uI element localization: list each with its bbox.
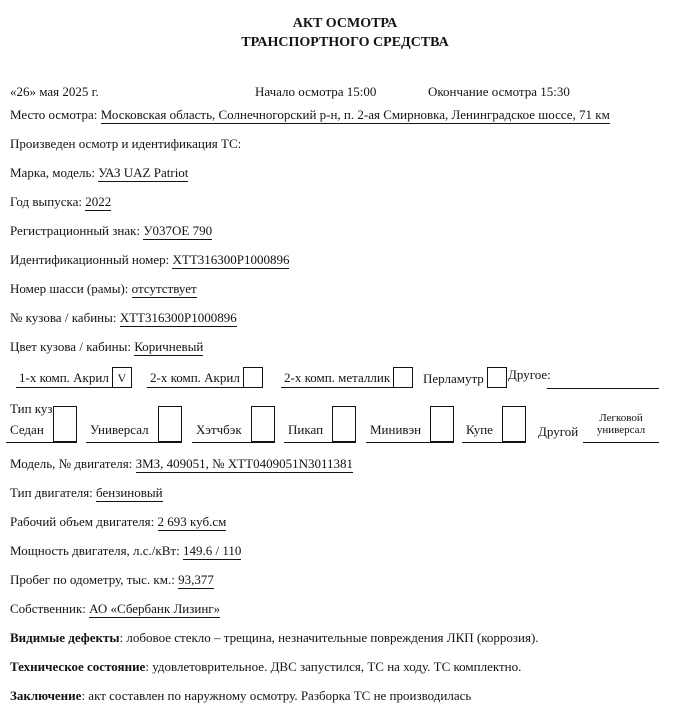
body-type-minivan: Минивэн xyxy=(366,406,454,443)
body-type-label: Седан xyxy=(6,422,53,442)
field-value: У037ОЕ 790 xyxy=(143,223,212,240)
field-owner: Собственник: АО «Сбербанк Лизинг» xyxy=(10,601,220,617)
field-make-model: Марка, модель: УАЗ UAZ Patriot xyxy=(10,165,188,181)
field-label: Номер шасси (рамы): xyxy=(10,281,128,296)
checkmark: V xyxy=(117,372,126,384)
field-value: Коричневый xyxy=(134,339,203,356)
checkbox-minivan[interactable] xyxy=(430,406,454,442)
checkbox-wagon[interactable] xyxy=(158,406,182,442)
field-chassis-number: Номер шасси (рамы): отсутствует xyxy=(10,281,197,297)
field-body-number: № кузова / кабины: XTT316300P1000896 xyxy=(10,310,237,326)
field-label: Рабочий объем двигателя: xyxy=(10,514,154,529)
note-label: Заключение xyxy=(10,688,81,703)
field-value: отсутствует xyxy=(132,281,197,298)
field-value: 2 693 куб.см xyxy=(158,514,227,531)
inspection-start-time: Начало осмотра 15:00 xyxy=(255,84,376,100)
field-label: Цвет кузова / кабины: xyxy=(10,339,131,354)
checkbox-pearl[interactable] xyxy=(487,367,507,388)
checkbox-2k-acrylic[interactable] xyxy=(243,367,263,388)
field-label: Тип двигателя: xyxy=(10,485,93,500)
field-reg-plate: Регистрационный знак: У037ОЕ 790 xyxy=(10,223,212,239)
body-type-pickup: Пикап xyxy=(284,406,356,443)
field-label: Марка, модель: xyxy=(10,165,95,180)
field-engine-power: Мощность двигателя, л.с./кВт: 149.6 / 11… xyxy=(10,543,241,559)
body-type-hatchback: Хэтчбэк xyxy=(192,406,275,443)
paint-option-label: 2-х комп. металлик xyxy=(281,370,393,388)
paint-option-label: Перламутр xyxy=(420,371,487,388)
field-value: Московская область, Солнечногорский р-н,… xyxy=(101,107,610,124)
checkbox-pickup[interactable] xyxy=(332,406,356,442)
body-type-other-value: Легковой универсал xyxy=(583,412,659,443)
field-label: Пробег по одометру, тыс. км.: xyxy=(10,572,175,587)
field-value: бензиновый xyxy=(96,485,163,502)
field-label: Собственник: xyxy=(10,601,86,616)
field-label: № кузова / кабины: xyxy=(10,310,116,325)
body-type-other-label: Другой xyxy=(538,424,578,440)
note-label: Техническое состояние xyxy=(10,659,145,674)
field-label: Модель, № двигателя: xyxy=(10,456,132,471)
field-engine-model-number: Модель, № двигателя: ЗМЗ, 409051, № XTT0… xyxy=(10,456,353,472)
field-label: Произведен осмотр и идентификация ТС: xyxy=(10,136,241,151)
document-title-line2: ТРАНСПОРТНОГО СРЕДСТВА xyxy=(0,33,690,52)
field-value: XTT316300P1000896 xyxy=(120,310,237,327)
body-type-label: Купе xyxy=(462,422,502,442)
body-type-label: Хэтчбэк xyxy=(192,422,251,442)
field-year: Год выпуска: 2022 xyxy=(10,194,111,210)
note-visible-defects: Видимые дефекты: лобовое стекло – трещин… xyxy=(10,630,539,646)
inspection-end-time: Окончание осмотра 15:30 xyxy=(428,84,570,100)
note-text: : лобовое стекло – трещина, незначительн… xyxy=(120,630,539,645)
field-engine-displacement: Рабочий объем двигателя: 2 693 куб.см xyxy=(10,514,226,530)
checkbox-1k-acrylic[interactable]: V xyxy=(112,367,132,388)
body-type-label: Пикап xyxy=(284,422,332,442)
document-title: АКТ ОСМОТРА ТРАНСПОРТНОГО СРЕДСТВА xyxy=(0,14,690,52)
paint-other-blank-field[interactable] xyxy=(547,367,659,389)
note-conclusion: Заключение: акт составлен по наружному о… xyxy=(10,688,471,704)
body-type-label: Универсал xyxy=(86,422,158,442)
field-label: Год выпуска: xyxy=(10,194,82,209)
checkbox-2k-metallic[interactable] xyxy=(393,367,413,388)
field-label: Мощность двигателя, л.с./кВт: xyxy=(10,543,180,558)
note-text: : удовлетоврительное. ДВС запустился, ТС… xyxy=(145,659,521,674)
field-vin: Идентификационный номер: XTT316300P10008… xyxy=(10,252,289,268)
field-value: 149.6 / 110 xyxy=(183,543,241,560)
body-type-sedan: Седан xyxy=(6,406,77,443)
field-label: Регистрационный знак: xyxy=(10,223,140,238)
field-body-color: Цвет кузова / кабины: Коричневый xyxy=(10,339,203,355)
field-value: ЗМЗ, 409051, № XTT0409051N3011381 xyxy=(136,456,353,473)
paint-option-pearl: Перламутр xyxy=(420,367,507,388)
field-value: АО «Сбербанк Лизинг» xyxy=(89,601,220,618)
paint-option-1k-acrylic: 1-х комп. Акрил V xyxy=(16,367,132,388)
body-type-label: Минивэн xyxy=(366,422,430,442)
field-label: Место осмотра: xyxy=(10,107,97,122)
note-label: Видимые дефекты xyxy=(10,630,120,645)
document-title-line1: АКТ ОСМОТРА xyxy=(0,14,690,33)
note-text: : акт составлен по наружному осмотру. Ра… xyxy=(81,688,471,703)
field-value: 2022 xyxy=(85,194,111,211)
body-type-other-value-line2: универсал xyxy=(583,424,659,436)
field-value: XTT316300P1000896 xyxy=(172,252,289,269)
field-value: 93,377 xyxy=(178,572,214,589)
document-page: АКТ ОСМОТРА ТРАНСПОРТНОГО СРЕДСТВА «26» … xyxy=(0,0,690,726)
paint-option-2k-metallic: 2-х комп. металлик xyxy=(281,367,413,388)
paint-option-label: 2-х комп. Акрил xyxy=(147,370,243,388)
paint-option-label: 1-х комп. Акрил xyxy=(16,370,112,388)
body-type-wagon: Универсал xyxy=(86,406,182,443)
body-type-coupe: Купе xyxy=(462,406,526,443)
paint-option-2k-acrylic: 2-х комп. Акрил xyxy=(147,367,263,388)
field-place: Место осмотра: Московская область, Солне… xyxy=(10,107,610,123)
checkbox-sedan[interactable] xyxy=(53,406,77,442)
checkbox-coupe[interactable] xyxy=(502,406,526,442)
field-inspection-statement: Произведен осмотр и идентификация ТС: xyxy=(10,136,241,152)
field-value: УАЗ UAZ Patriot xyxy=(98,165,188,182)
field-label: Идентификационный номер: xyxy=(10,252,169,267)
checkbox-hatchback[interactable] xyxy=(251,406,275,442)
body-type-other-value-line1: Легковой xyxy=(583,412,659,424)
field-odometer: Пробег по одометру, тыс. км.: 93,377 xyxy=(10,572,214,588)
inspection-date: «26» мая 2025 г. xyxy=(10,84,99,100)
note-technical-condition: Техническое состояние: удовлетоврительно… xyxy=(10,659,521,675)
field-engine-type: Тип двигателя: бензиновый xyxy=(10,485,163,501)
